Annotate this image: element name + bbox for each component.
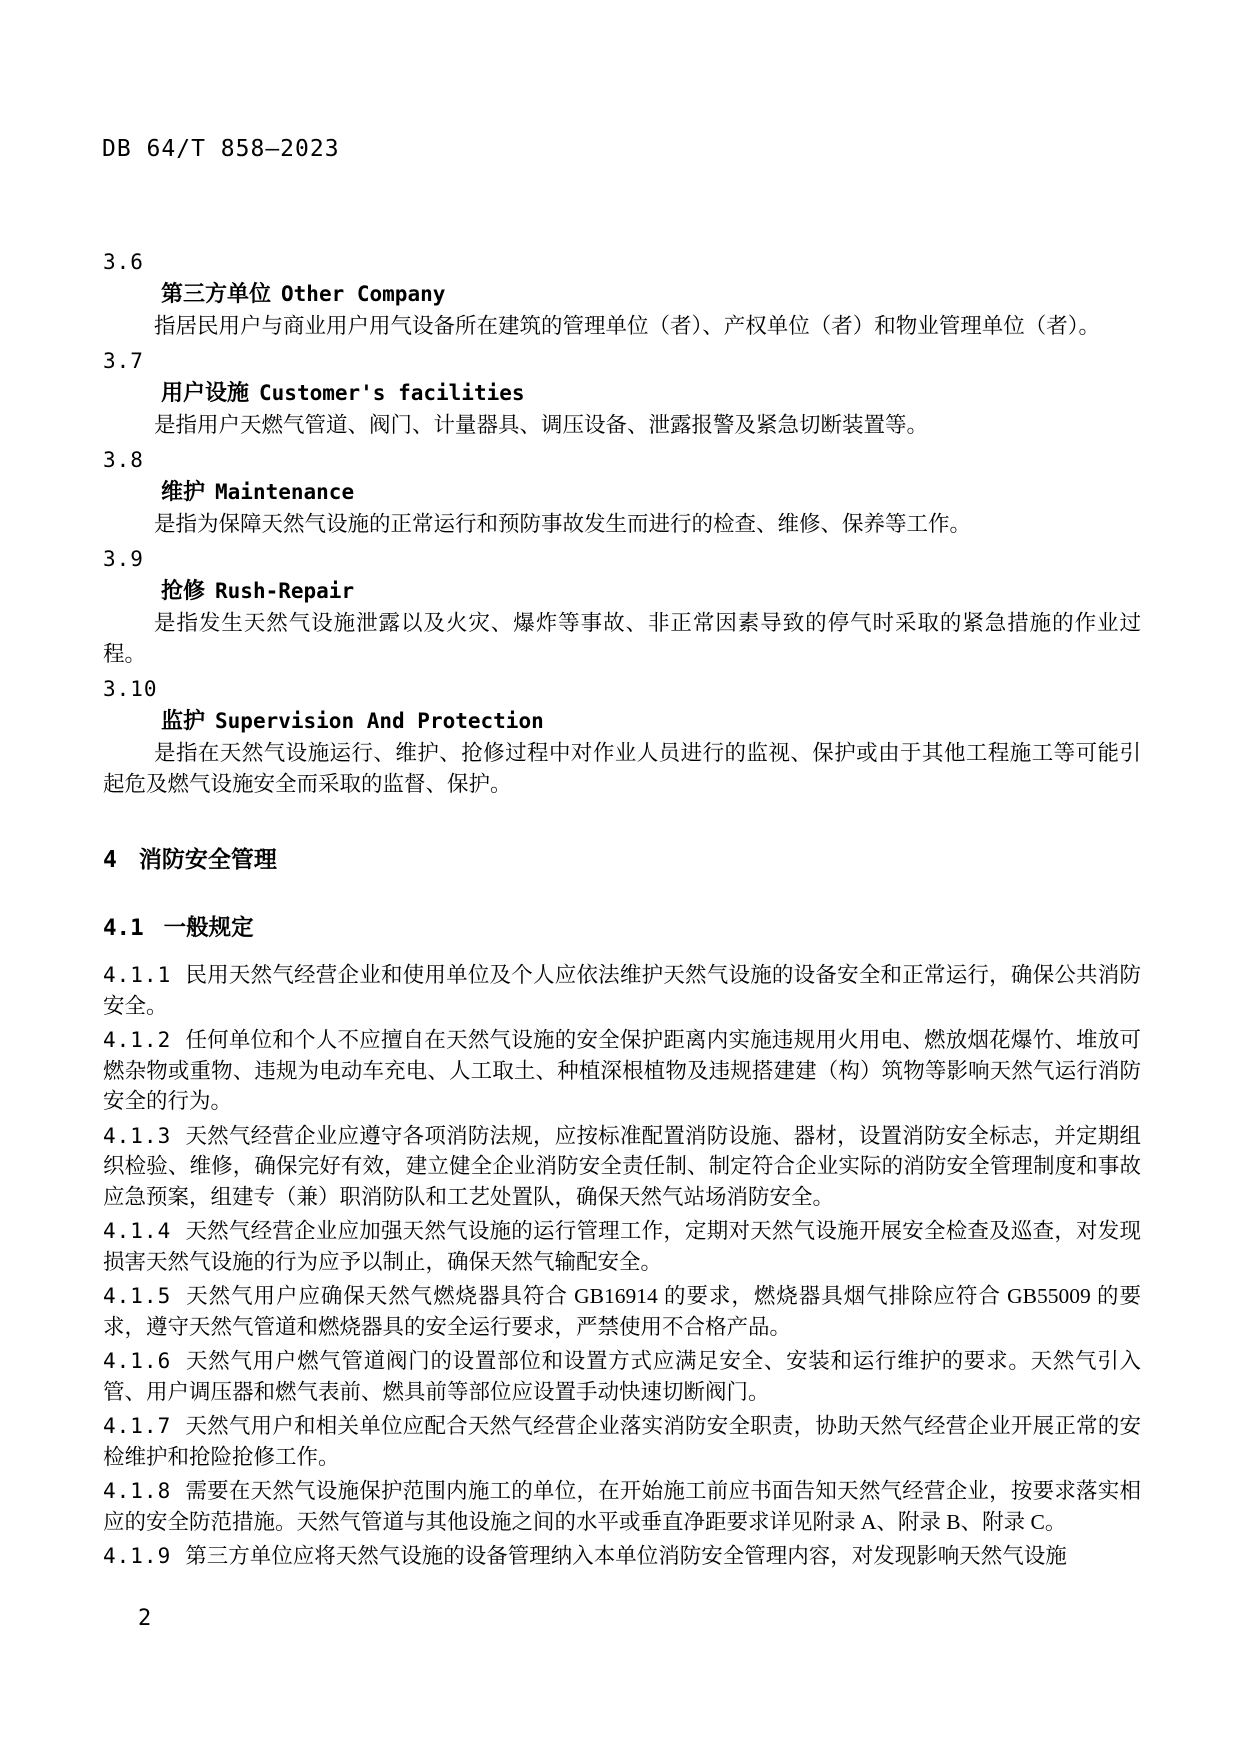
clause: 4.1.9第三方单位应将天然气设施的设备管理纳入本单位消防安全管理内容，对发现影… <box>103 1541 1141 1572</box>
section-number: 4.1 <box>103 915 144 941</box>
term-title-zh: 维护 <box>161 480 205 505</box>
clause-number: 4.1.9 <box>103 1544 185 1568</box>
clause-text: 天然气经营企业应遵守各项消防法规，应按标准配置消防设施、器材，设置消防安全标志，… <box>103 1124 1141 1209</box>
term-title: 用户设施Customer's facilities <box>103 377 1141 410</box>
term-definition: 是指发生天然气设施泄露以及火灾、爆炸等事故、非正常因素导致的停气时采取的紧急措施… <box>103 608 1141 670</box>
term-entry: 3.9 抢修Rush-Repair 是指发生天然气设施泄露以及火灾、爆炸等事故、… <box>103 543 1141 670</box>
term-title-zh: 抢修 <box>161 579 205 604</box>
clause-text: 民用天然气经营企业和使用单位及个人应依法维护天然气设施的设备安全和正常运行，确保… <box>103 963 1141 1018</box>
term-title-zh: 监护 <box>161 709 205 734</box>
term-number: 3.9 <box>103 543 1141 575</box>
clause-number: 4.1.1 <box>103 963 185 987</box>
document-body: 3.6 第三方单位Other Company 指居民用户与商业用户用气设备所在建… <box>103 246 1141 1576</box>
clause: 4.1.1民用天然气经营企业和使用单位及个人应依法维护天然气设施的设备安全和正常… <box>103 960 1141 1021</box>
clause-text: 任何单位和个人不应擅自在天然气设施的安全保护距离内实施违规用火用电、燃放烟花爆竹… <box>103 1028 1141 1113</box>
term-title-zh: 用户设施 <box>161 381 249 406</box>
term-entry: 3.6 第三方单位Other Company 指居民用户与商业用户用气设备所在建… <box>103 246 1141 342</box>
term-definition: 指居民用户与商业用户用气设备所在建筑的管理单位（者）、产权单位（者）和物业管理单… <box>103 311 1141 342</box>
term-title-en: Maintenance <box>215 480 354 504</box>
term-title-en: Other Company <box>281 282 445 306</box>
term-title: 监护Supervision And Protection <box>103 705 1141 738</box>
term-definition: 是指用户天燃气管道、阀门、计量器具、调压设备、泄露报警及紧急切断装置等。 <box>103 410 1141 441</box>
clause: 4.1.8需要在天然气设施保护范围内施工的单位，在开始施工前应书面告知天然气经营… <box>103 1476 1141 1537</box>
term-entry: 3.10 监护Supervision And Protection 是指在天然气… <box>103 673 1141 800</box>
term-number: 3.8 <box>103 444 1141 476</box>
page-number: 2 <box>138 1606 151 1631</box>
term-title-en: Supervision And Protection <box>215 709 544 733</box>
clause-number: 4.1.5 <box>103 1284 185 1308</box>
section-heading: 4.1一般规定 <box>103 912 1141 944</box>
term-title: 抢修Rush-Repair <box>103 575 1141 608</box>
term-title-zh: 第三方单位 <box>161 282 271 307</box>
section-title: 一般规定 <box>164 915 254 941</box>
term-number: 3.6 <box>103 246 1141 278</box>
clause-text: 天然气用户应确保天然气燃烧器具符合 GB16914 的要求，燃烧器具烟气排除应符… <box>103 1284 1141 1339</box>
clause: 4.1.3天然气经营企业应遵守各项消防法规，应按标准配置消防设施、器材，设置消防… <box>103 1121 1141 1213</box>
clause-number: 4.1.8 <box>103 1479 185 1503</box>
clause-number: 4.1.3 <box>103 1124 185 1148</box>
clause-number: 4.1.7 <box>103 1414 185 1438</box>
chapter-title: 消防安全管理 <box>139 847 277 873</box>
term-title: 第三方单位Other Company <box>103 278 1141 311</box>
clause-number: 4.1.6 <box>103 1349 185 1373</box>
chapter-number: 4 <box>103 847 117 873</box>
clause: 4.1.7天然气用户和相关单位应配合天然气经营企业落实消防安全职责，协助天然气经… <box>103 1411 1141 1472</box>
clause-text: 天然气经营企业应加强天然气设施的运行管理工作，定期对天然气设施开展安全检查及巡查… <box>103 1219 1141 1274</box>
term-number: 3.10 <box>103 673 1141 705</box>
clause-number: 4.1.4 <box>103 1219 185 1243</box>
chapter-heading: 4消防安全管理 <box>103 844 1141 876</box>
clause-text: 第三方单位应将天然气设施的设备管理纳入本单位消防安全管理内容，对发现影响天然气设… <box>185 1544 1067 1568</box>
clause: 4.1.5天然气用户应确保天然气燃烧器具符合 GB16914 的要求，燃烧器具烟… <box>103 1281 1141 1342</box>
term-definition: 是指为保障天然气设施的正常运行和预防事故发生而进行的检查、维修、保养等工作。 <box>103 509 1141 540</box>
term-title: 维护Maintenance <box>103 476 1141 509</box>
clause-text: 需要在天然气设施保护范围内施工的单位，在开始施工前应书面告知天然气经营企业，按要… <box>103 1479 1141 1534</box>
term-definition: 是指在天然气设施运行、维护、抢修过程中对作业人员进行的监视、保护或由于其他工程施… <box>103 738 1141 800</box>
clause: 4.1.6天然气用户燃气管道阀门的设置部位和设置方式应满足安全、安装和运行维护的… <box>103 1346 1141 1407</box>
term-entry: 3.7 用户设施Customer's facilities 是指用户天燃气管道、… <box>103 345 1141 441</box>
clause-text: 天然气用户和相关单位应配合天然气经营企业落实消防安全职责，协助天然气经营企业开展… <box>103 1414 1141 1469</box>
term-entry: 3.8 维护Maintenance 是指为保障天然气设施的正常运行和预防事故发生… <box>103 444 1141 540</box>
clause-number: 4.1.2 <box>103 1028 185 1052</box>
document-code-header: DB 64/T 858—2023 <box>102 136 340 162</box>
term-title-en: Rush-Repair <box>215 579 354 603</box>
term-title-en: Customer's facilities <box>259 381 525 405</box>
clause: 4.1.4天然气经营企业应加强天然气设施的运行管理工作，定期对天然气设施开展安全… <box>103 1216 1141 1277</box>
term-number: 3.7 <box>103 345 1141 377</box>
clause-text: 天然气用户燃气管道阀门的设置部位和设置方式应满足安全、安装和运行维护的要求。天然… <box>103 1349 1141 1404</box>
clause: 4.1.2任何单位和个人不应擅自在天然气设施的安全保护距离内实施违规用火用电、燃… <box>103 1025 1141 1117</box>
